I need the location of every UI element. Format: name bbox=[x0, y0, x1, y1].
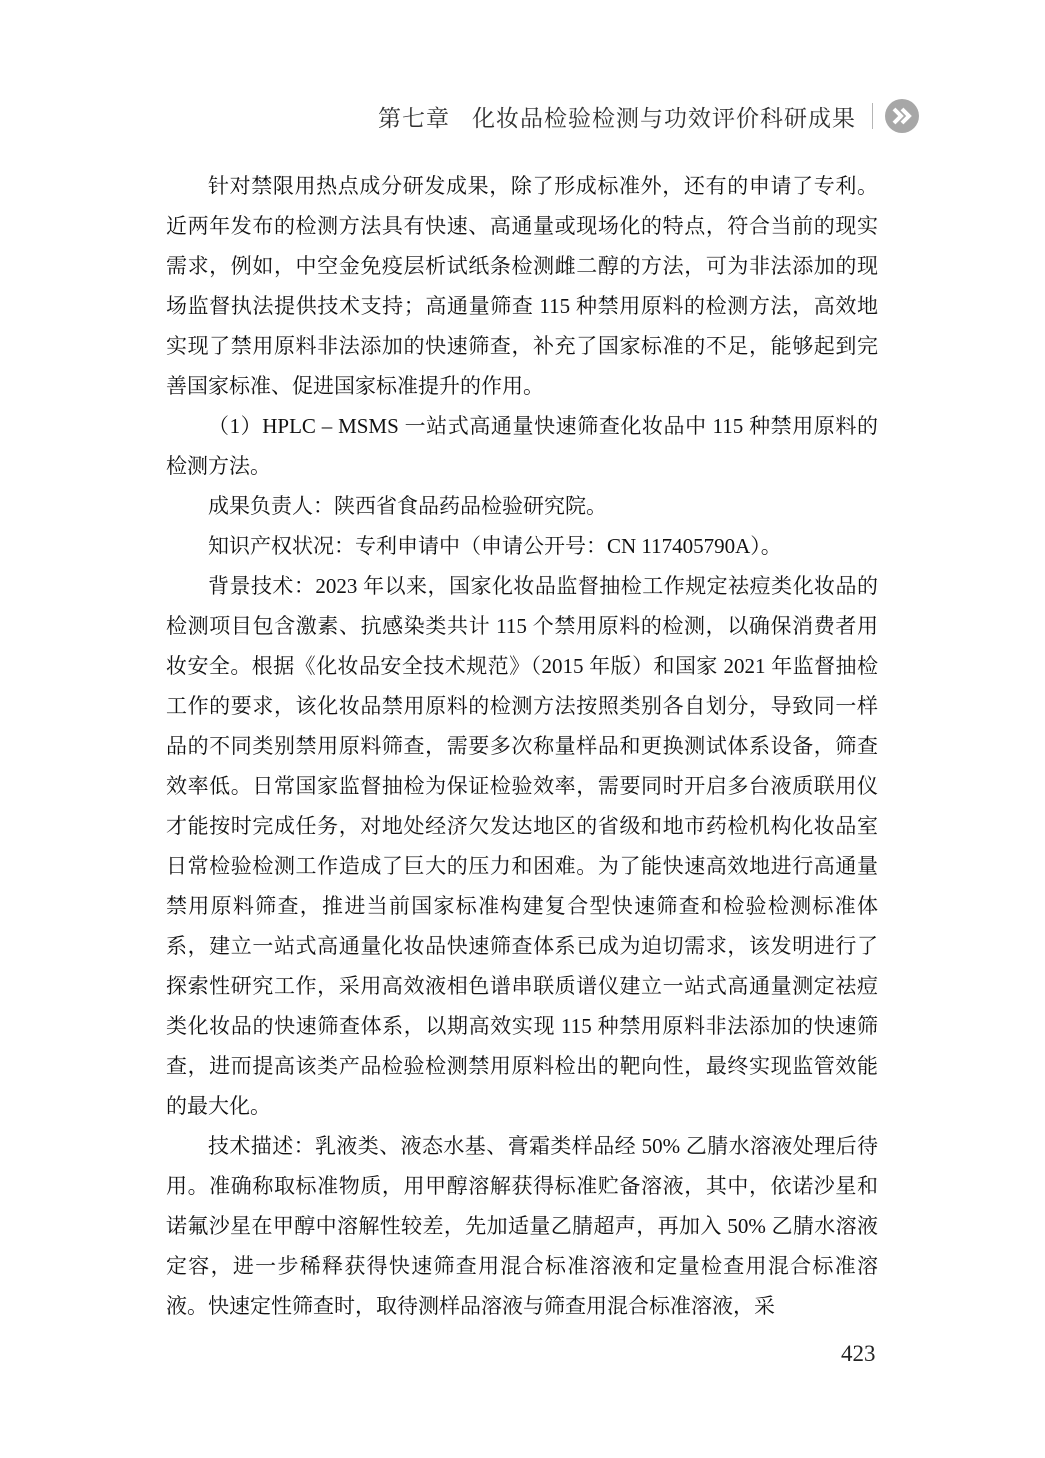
page-number: 423 bbox=[841, 1341, 876, 1367]
page-body: 针对禁限用热点成分研发成果，除了形成标准外，还有的申请了专利。近两年发布的检测方… bbox=[166, 166, 878, 1326]
paragraph-intro: 针对禁限用热点成分研发成果，除了形成标准外，还有的申请了专利。近两年发布的检测方… bbox=[166, 166, 878, 406]
paragraph-item-title: （1）HPLC – MSMS 一站式高通量快速筛查化妆品中 115 种禁用原料的… bbox=[166, 406, 878, 486]
running-head: 第七章 化妆品检验检测与功效评价科研成果 bbox=[378, 99, 919, 133]
paragraph-result-owner: 成果负责人：陕西省食品药品检验研究院。 bbox=[166, 486, 878, 526]
book-page: 第七章 化妆品检验检测与功效评价科研成果 针对禁限用热点成分研发成果，除了形成标… bbox=[0, 0, 1045, 1458]
paragraph-background: 背景技术：2023 年以来，国家化妆品监督抽检工作规定祛痘类化妆品的检测项目包含… bbox=[166, 566, 878, 1126]
chapter-number: 第七章 bbox=[378, 100, 450, 133]
chapter-title: 化妆品检验检测与功效评价科研成果 bbox=[472, 100, 856, 133]
paragraph-technical-description: 技术描述：乳液类、液态水基、膏霜类样品经 50% 乙腈水溶液处理后待用。准确称取… bbox=[166, 1126, 878, 1326]
double-chevron-right-icon bbox=[885, 99, 919, 133]
header-divider bbox=[872, 103, 873, 129]
paragraph-ip-status: 知识产权状况：专利申请中（申请公开号：CN 117405790A）。 bbox=[166, 526, 878, 566]
